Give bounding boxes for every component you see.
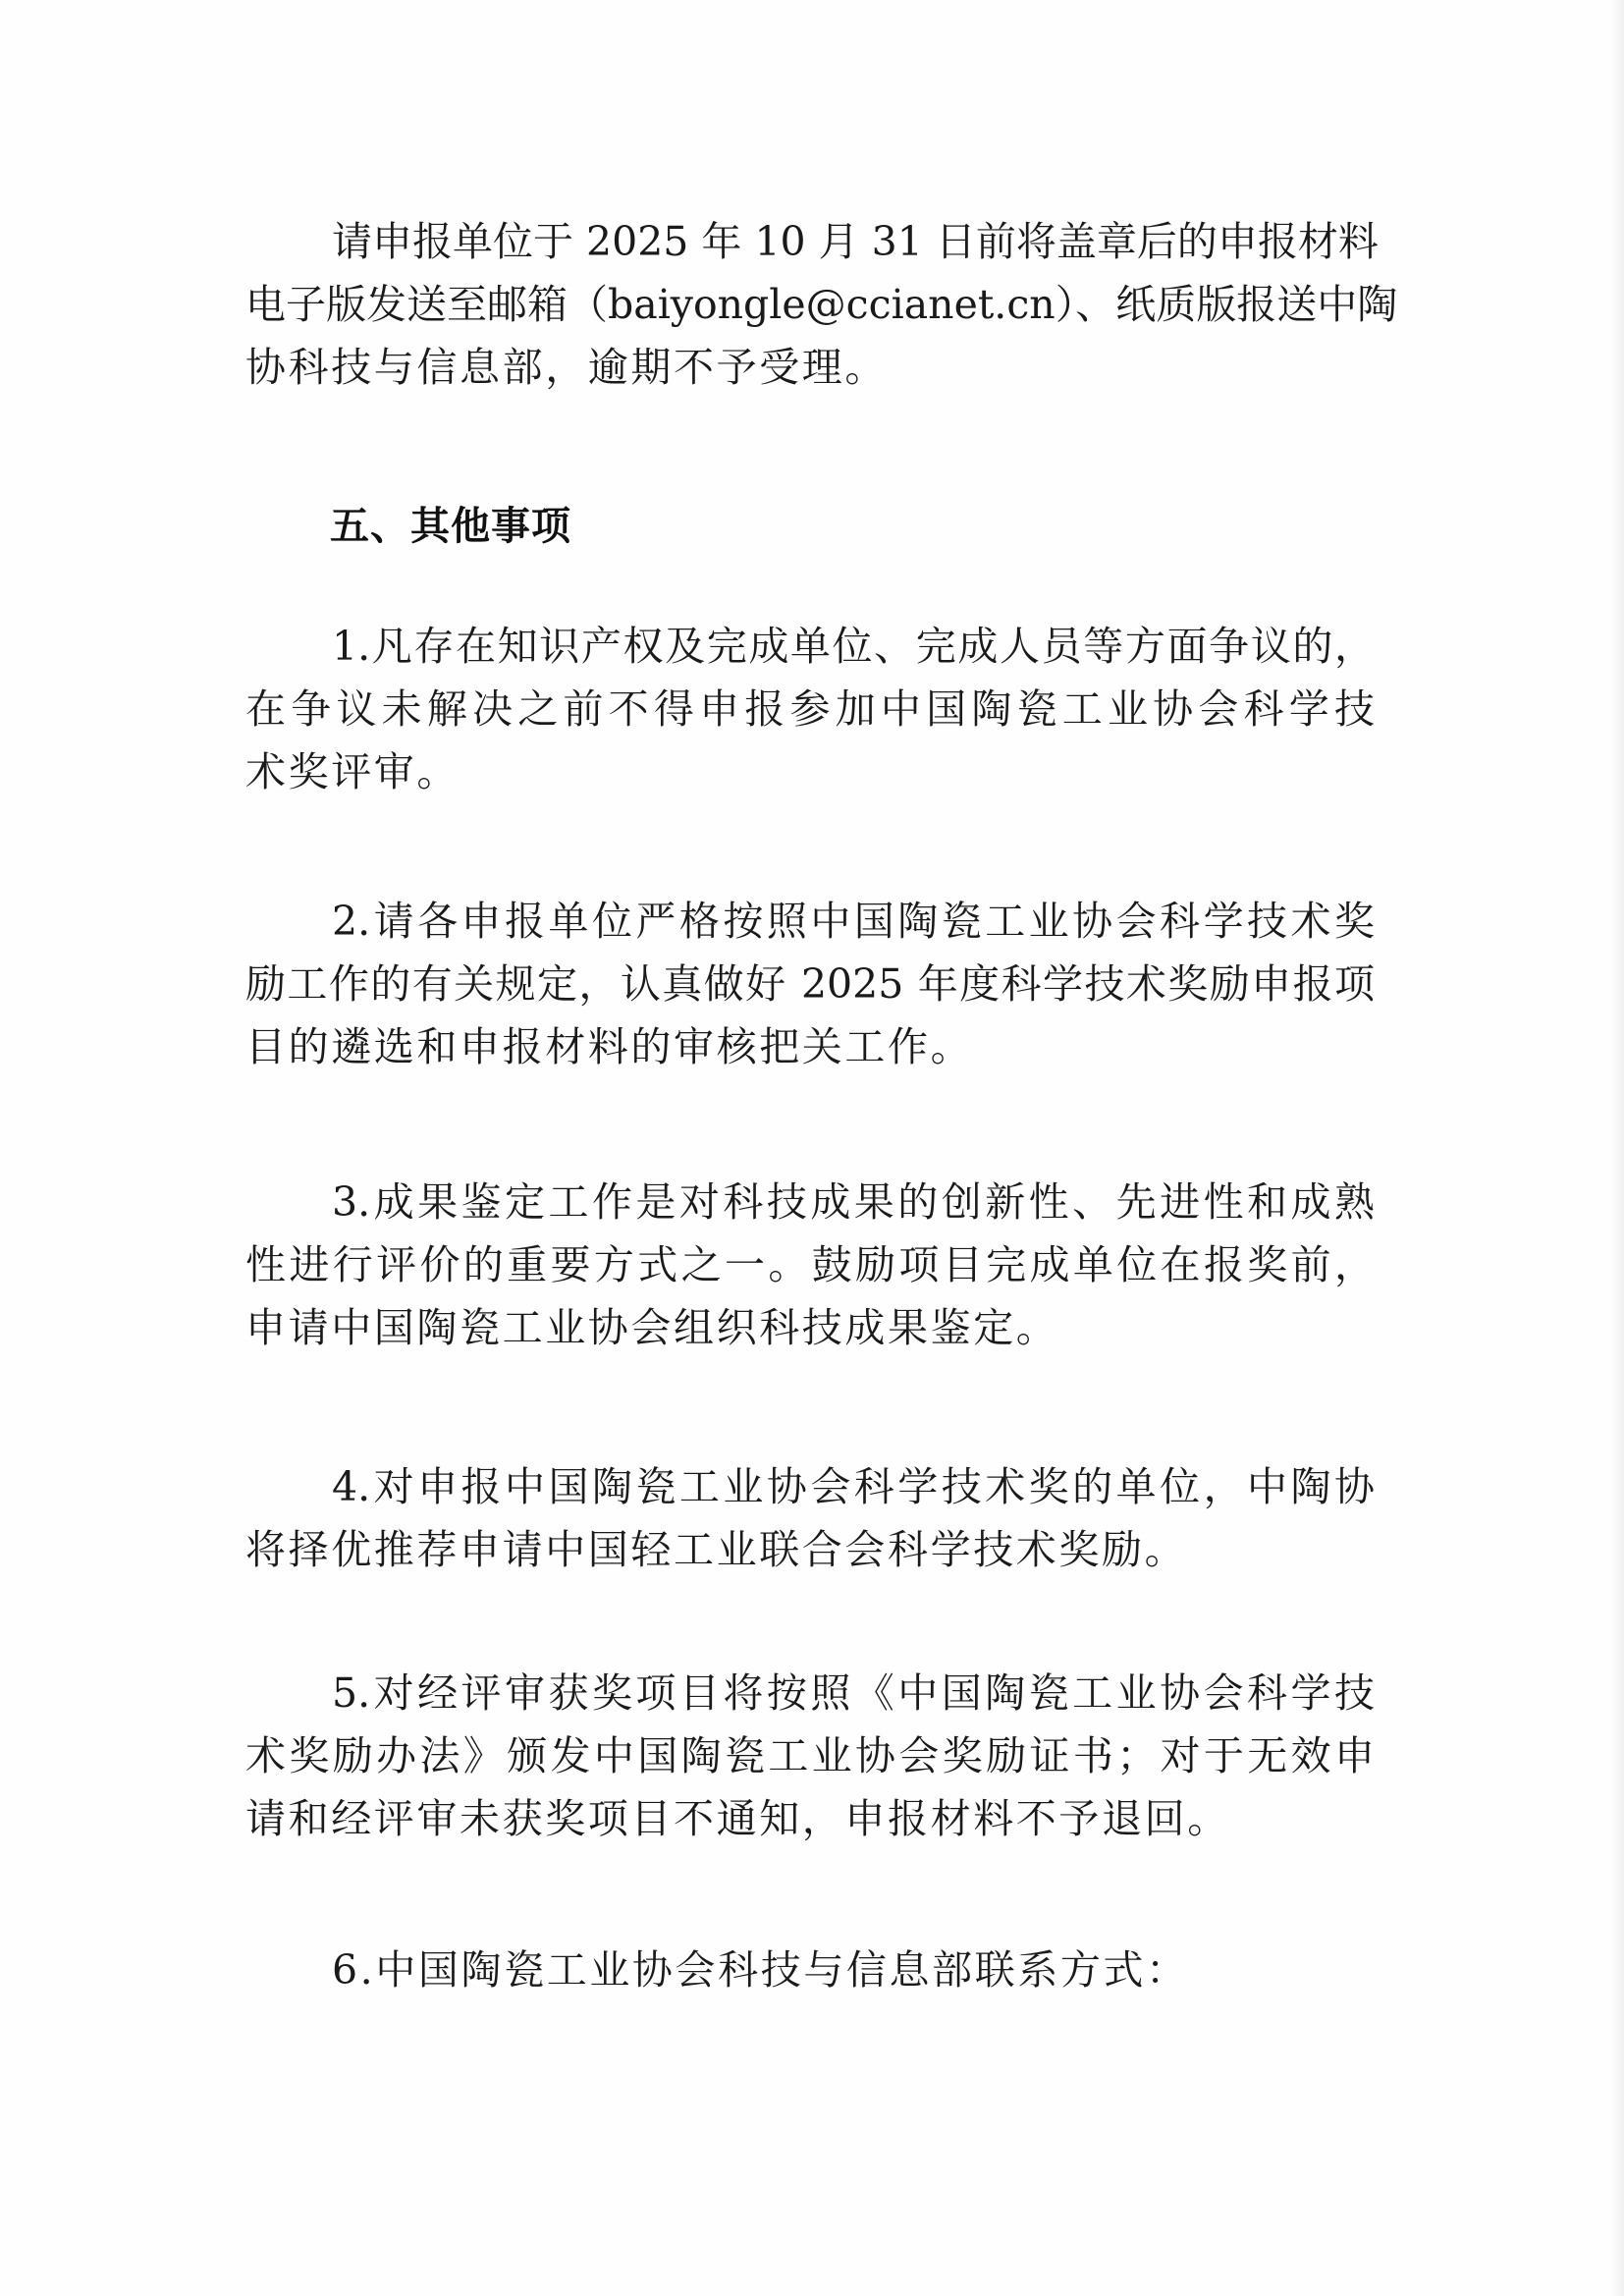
document-page: 请申报单位于 2025 年 10 月 31 日前将盖章后的申报材料 电子版发送至… — [0, 0, 1624, 2296]
paragraph-line: 术奖励办法》颁发中国陶瓷工业协会奖励证书；对于无效申 — [245, 1728, 1375, 1783]
paragraph-line: 请和经评审未获奖项目不通知，申报材料不予退回。 — [245, 1791, 1375, 1846]
paragraph-line: 励工作的有关规定，认真做好 2025 年度科学技术奖励申报项 — [245, 957, 1375, 1011]
paragraph-line: 6.中国陶瓷工业协会科技与信息部联系方式： — [332, 1942, 1375, 1997]
paragraph-line: 在争议未解决之前不得申报参加中国陶瓷工业协会科学技 — [245, 682, 1375, 737]
paragraph-line: 目的遴选和申报材料的审核把关工作。 — [245, 1019, 1375, 1074]
paragraph-line: 电子版发送至邮箱（baiyongle@ccianet.cn）、纸质版报送中陶 — [245, 277, 1375, 332]
paragraph-line: 4.对申报中国陶瓷工业协会科学技术奖的单位，中陶协 — [332, 1459, 1375, 1514]
paragraph-line: 2.请各申报单位严格按照中国陶瓷工业协会科学技术奖 — [332, 894, 1375, 949]
paragraph-line: 协科技与信息部，逾期不予受理。 — [245, 340, 1375, 395]
paragraph-line: 1.凡存在知识产权及完成单位、完成人员等方面争议的， — [332, 619, 1375, 674]
paragraph-line: 5.对经评审获奖项目将按照《中国陶瓷工业协会科学技 — [332, 1666, 1375, 1721]
paragraph-line: 申请中国陶瓷工业协会组织科技成果鉴定。 — [245, 1300, 1375, 1355]
paragraph-line: 术奖评审。 — [245, 744, 1375, 799]
paragraph-line: 将择优推荐申请中国轻工业联合会科学技术奖励。 — [245, 1522, 1375, 1577]
paragraph-line: 3.成果鉴定工作是对科技成果的创新性、先进性和成熟 — [332, 1175, 1375, 1230]
scan-edge-shadow — [1610, 0, 1624, 2296]
section-heading: 五、其他事项 — [330, 499, 571, 554]
paragraph-line: 性进行评价的重要方式之一。鼓励项目完成单位在报奖前， — [245, 1237, 1375, 1292]
paragraph-line: 请申报单位于 2025 年 10 月 31 日前将盖章后的申报材料 — [332, 214, 1375, 269]
